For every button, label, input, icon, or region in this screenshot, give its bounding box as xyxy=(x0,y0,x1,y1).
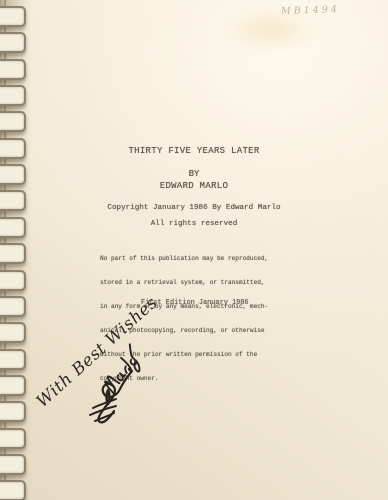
author-name: EDWARD MARLO xyxy=(64,181,324,191)
signature-flourish-ed xyxy=(90,371,132,422)
signature-name-marlo xyxy=(99,344,148,396)
binding-loop xyxy=(0,428,26,449)
binding-loop xyxy=(0,401,26,422)
binding-loop xyxy=(0,296,26,317)
binding-loop xyxy=(0,322,26,343)
binding-loop xyxy=(0,164,26,185)
binding-loop xyxy=(0,454,26,475)
binding-loop xyxy=(0,217,26,238)
book-title: THIRTY FIVE YEARS LATER xyxy=(64,146,324,156)
rights-line: All rights reserved xyxy=(64,220,324,228)
binding-loop xyxy=(0,59,26,80)
handwritten-signature: Marlo xyxy=(75,328,175,428)
binding-loop xyxy=(0,138,26,159)
binding-loop xyxy=(0,85,26,106)
binding-loop xyxy=(0,480,26,500)
binding-loop xyxy=(0,375,26,396)
binding-loop xyxy=(0,270,26,291)
binding-loop xyxy=(0,6,26,27)
notice-line: No part of this publication may be repro… xyxy=(100,255,285,263)
byline: BY xyxy=(64,169,324,179)
binding-loop xyxy=(0,111,26,132)
notice-line: stored in a retrieval system, or transmi… xyxy=(100,279,285,287)
binding-loop xyxy=(0,190,26,211)
copyright-line: Copyright January 1986 By Edward Marlo xyxy=(64,204,324,212)
binding-loop xyxy=(0,32,26,53)
scanned-title-page: MB1494 THIRTY FIVE YEARS LATER BY EDWARD… xyxy=(0,0,388,500)
pencil-inventory-mark: MB1494 xyxy=(281,4,340,17)
binding-loop xyxy=(0,349,26,370)
binding-loop xyxy=(0,243,26,264)
